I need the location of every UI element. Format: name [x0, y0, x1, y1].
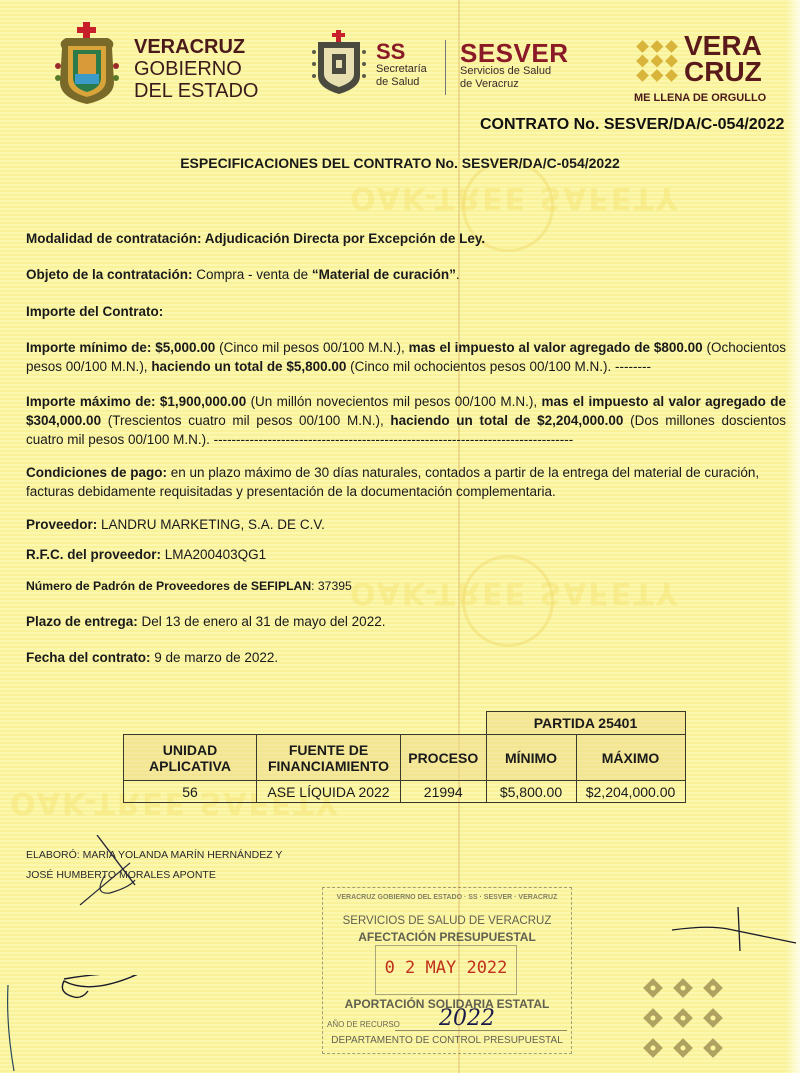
contract-number: CONTRATO No. SESVER/DA/C-054/2022	[480, 116, 784, 134]
field-padron: Número de Padrón de Proveedores de SEFIP…	[26, 577, 786, 596]
veracruz-brand-text: VERA CRUZ	[684, 33, 762, 85]
gobierno-line2: GOBIERNO	[134, 58, 258, 80]
cell-unidad: 56	[124, 781, 257, 803]
partida-table: PARTIDA 25401 UNIDAD APLICATIVA FUENTE D…	[123, 711, 686, 803]
stamp-logos: VERACRUZ GOBIERNO DEL ESTADO · SS · SESV…	[323, 894, 571, 901]
logo-divider	[445, 40, 446, 95]
veracruz-knot-logo-icon	[634, 38, 680, 84]
veracruz-knot-watermark-icon	[640, 975, 726, 1061]
elaboro-block: ELABORÓ: MARÍA YOLANDA MARÍN HERNÁNDEZ Y…	[26, 845, 282, 885]
cell-minimo: $5,800.00	[486, 781, 576, 803]
stamp-date-box: 0 2 MAY 2022	[375, 945, 517, 995]
partida-group-header: PARTIDA 25401	[486, 712, 685, 735]
blank-cell	[401, 712, 487, 735]
col-header-unidad: UNIDAD APLICATIVA	[124, 735, 257, 781]
signature-elaboro-icon	[75, 835, 145, 910]
ss-line2: de Salud	[376, 76, 427, 89]
field-rfc: R.F.C. del proveedor: LMA200403QG1	[26, 545, 786, 564]
cell-maximo: $2,204,000.00	[576, 781, 685, 803]
field-modalidad: Modalidad de contratación: Adjudicación …	[26, 229, 786, 248]
stamp-year-handwritten: 2022	[439, 1006, 495, 1031]
document-title: ESPECIFICACIONES DEL CONTRATO No. SESVER…	[0, 155, 800, 171]
gobierno-estado-logo-text: VERACRUZ GOBIERNO DEL ESTADO	[134, 36, 258, 102]
signature-left-icon	[60, 975, 140, 1030]
ss-abbr: SS	[376, 41, 427, 63]
veracruz-brand-line2: CRUZ	[684, 59, 762, 85]
sesver-abbr: SESVER	[460, 41, 569, 65]
col-header-maximo: MÁXIMO	[576, 735, 685, 781]
blank-cell	[124, 712, 257, 735]
cell-fuente: ASE LÍQUIDA 2022	[257, 781, 401, 803]
field-condiciones-pago: Condiciones de pago: en un plazo máximo …	[26, 463, 786, 501]
stamp-line2: AFECTACIÓN PRESUPUESTAL	[323, 930, 571, 944]
stamp-line1: SERVICIOS DE SALUD DE VERACRUZ	[323, 915, 571, 927]
ss-logo-text: SS Secretaría de Salud	[376, 41, 427, 89]
col-header-proceso: PROCESO	[401, 735, 487, 781]
stamp-line4: DEPARTAMENTO DE CONTROL PRESUPUESTAL	[323, 1035, 571, 1046]
field-proveedor: Proveedor: LANDRU MARKETING, S.A. DE C.V…	[26, 515, 786, 534]
col-header-minimo: MÍNIMO	[486, 735, 576, 781]
gobierno-line3: DEL ESTADO	[134, 80, 258, 102]
ss-line1: Secretaría	[376, 63, 427, 76]
sesver-logo-text: SESVER Servicios de Salud de Veracruz	[460, 41, 569, 91]
field-importe-minimo: Importe mínimo de: $5,000.00 (Cinco mil …	[26, 338, 786, 376]
field-plazo-entrega: Plazo de entrega: Del 13 de enero al 31 …	[26, 612, 786, 631]
importe-heading: Importe del Contrato:	[26, 302, 786, 321]
stamp-year-label: AÑO DE RECURSO	[327, 1020, 400, 1029]
field-fecha-contrato: Fecha del contrato: 9 de marzo de 2022.	[26, 648, 786, 667]
gobierno-line1: VERACRUZ	[134, 36, 258, 58]
col-header-fuente: FUENTE DE FINANCIAMIENTO	[257, 735, 401, 781]
veracruz-slogan: ME LLENA DE ORGULLO	[634, 92, 766, 104]
signature-margin-icon	[2, 985, 22, 1073]
sesver-line2: de Veracruz	[460, 78, 569, 91]
signature-right-icon	[668, 905, 798, 955]
blank-cell	[257, 712, 401, 735]
field-objeto: Objeto de la contratación: Compra - vent…	[26, 265, 786, 284]
secretaria-salud-shield-icon	[312, 30, 366, 96]
field-importe-maximo: Importe máximo de: $1,900,000.00 (Un mil…	[26, 392, 786, 449]
watermark-seal	[462, 555, 554, 647]
table-row: 56 ASE LÍQUIDA 2022 21994 $5,800.00 $2,2…	[124, 781, 686, 803]
veracruz-coat-of-arms-icon	[54, 22, 120, 106]
budget-stamp: VERACRUZ GOBIERNO DEL ESTADO · SS · SESV…	[322, 887, 572, 1054]
elaboro-line2: JOSÉ HUMBERTO MORALES APONTE	[26, 865, 282, 885]
stamp-date: 0 2 MAY 2022	[376, 958, 516, 978]
elaboro-line1: ELABORÓ: MARÍA YOLANDA MARÍN HERNÁNDEZ Y	[26, 845, 282, 865]
cell-proceso: 21994	[401, 781, 487, 803]
